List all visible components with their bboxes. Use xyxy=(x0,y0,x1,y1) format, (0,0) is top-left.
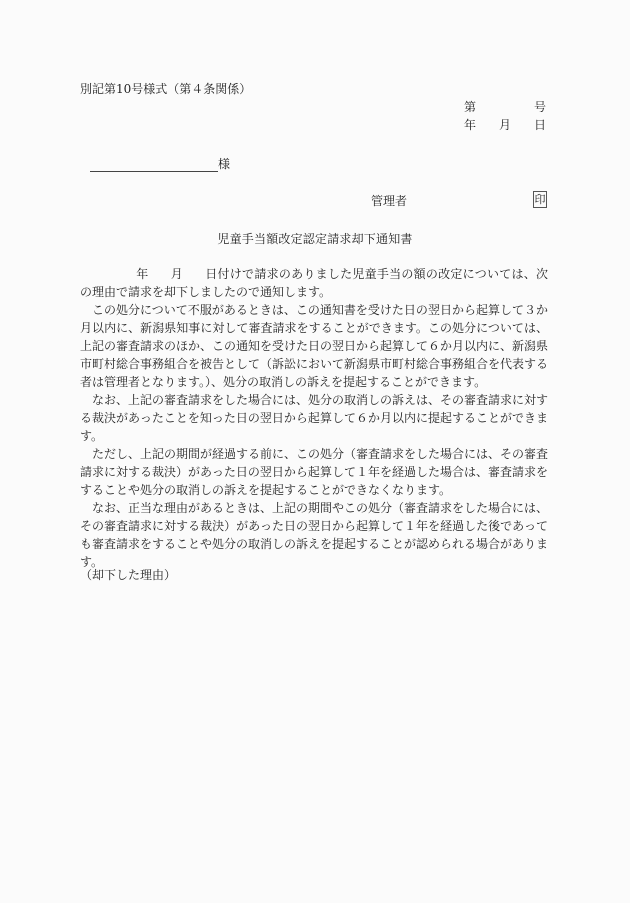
document-title: 児童手当額改定認定請求却下通知書 xyxy=(0,230,630,248)
form-identifier: 別記第10号様式（第４条関係） xyxy=(80,80,251,98)
opening-text: 日付けで請求のありました児童手当の額の改定については、次の理由で請求を却下しまし… xyxy=(80,267,548,299)
sender-label: 管理者 xyxy=(371,192,407,210)
justifiable-reason-paragraph: なお、正当な理由があるときは、上記の期間やこの処分（審査請求をした場合には、その… xyxy=(80,499,548,571)
recipient-honorific: 様 xyxy=(218,156,230,172)
opening-month-label: 月 xyxy=(171,267,184,281)
number-suffix: 号 xyxy=(534,98,546,116)
notice-body: 年月日付けで請求のありました児童手当の額の改定については、次の理由で請求を却下し… xyxy=(80,265,548,571)
recipient-name-blank xyxy=(90,157,218,172)
date-year-label: 年 xyxy=(464,116,476,134)
time-limit-paragraph: ただし、上記の期間が経過する前に、この処分（審査請求をした場合には、その審査請求… xyxy=(80,445,548,499)
recipient-line: 様 xyxy=(90,154,230,172)
date-month-label: 月 xyxy=(499,116,511,134)
lawsuit-after-review-paragraph: なお、上記の審査請求をした場合には、処分の取消しの訴えは、その審査請求に対する裁… xyxy=(80,391,548,445)
rejection-reason-heading: （却下した理由） xyxy=(80,566,176,584)
date-day-label: 日 xyxy=(534,116,546,134)
opening-paragraph: 年月日付けで請求のありました児童手当の額の改定については、次の理由で請求を却下し… xyxy=(80,265,548,301)
number-prefix: 第 xyxy=(464,98,476,116)
seal-stamp-box: 印 xyxy=(533,191,547,208)
appeal-paragraph: この処分について不服があるときは、この通知書を受けた日の翌日から起算して３か月以… xyxy=(80,301,548,391)
opening-year-label: 年 xyxy=(136,267,149,281)
